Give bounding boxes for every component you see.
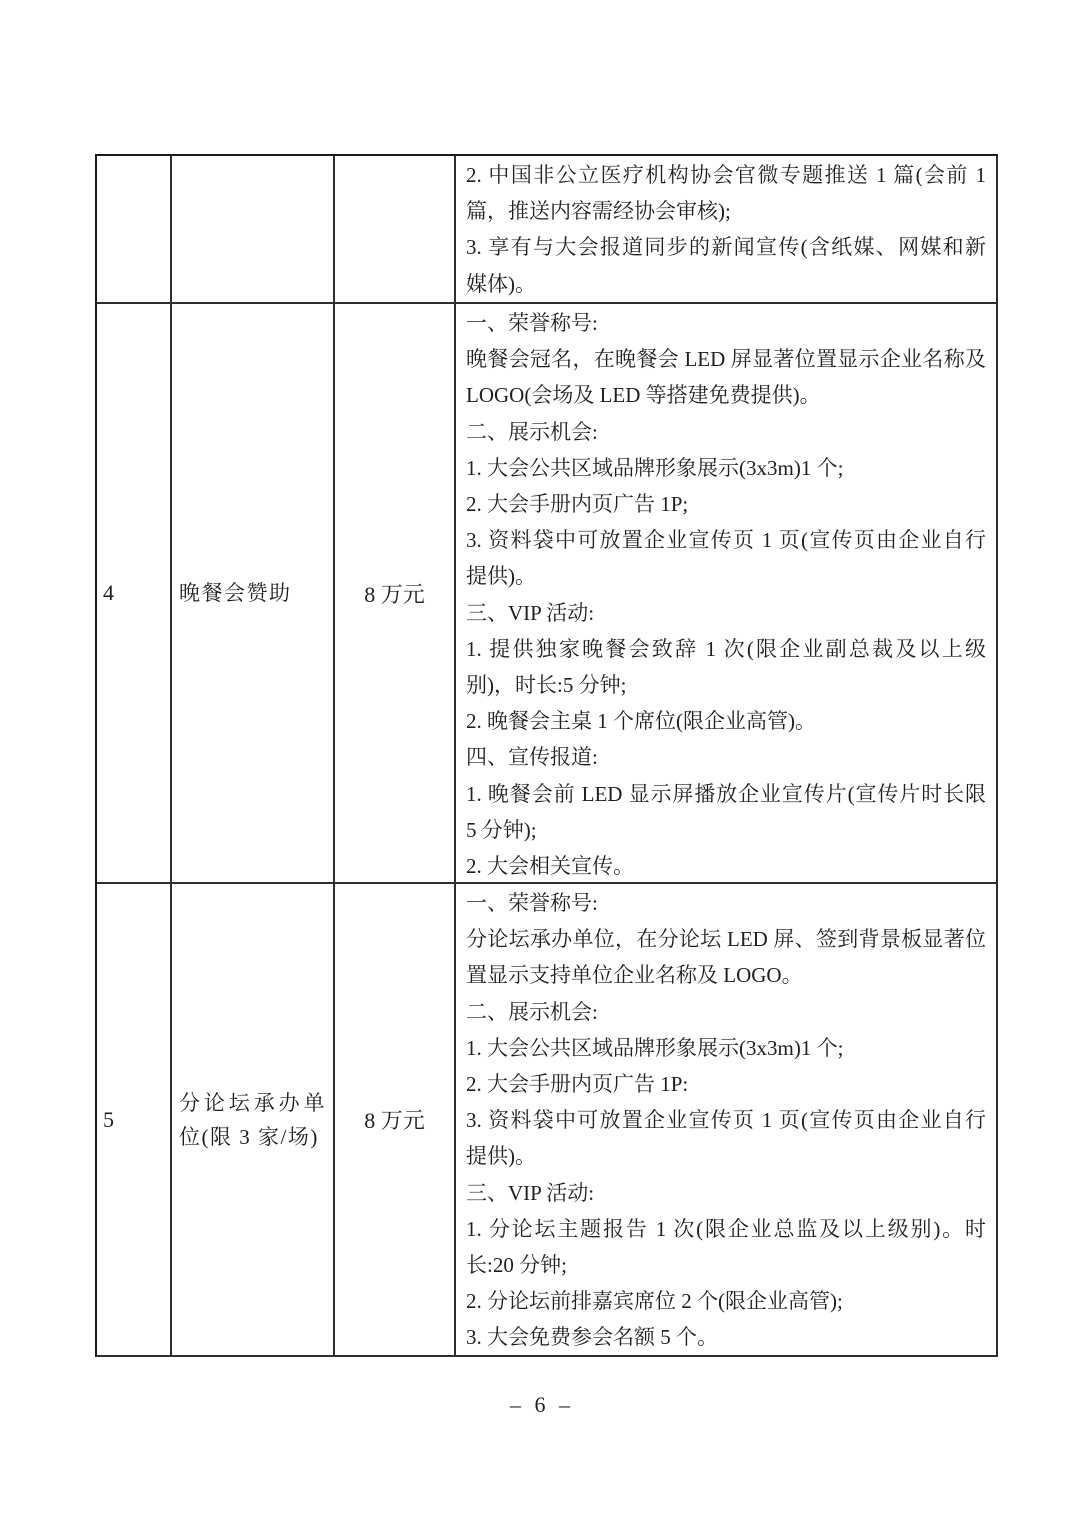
detail-line: 三、VIP 活动: (466, 1175, 986, 1211)
detail-line: 5 分钟); (466, 812, 986, 848)
detail-line: 2. 大会手册内页广告 1P; (466, 486, 986, 522)
row-number-cell: 4 (97, 304, 172, 884)
detail-line: 3. 大会免费参会名额 5 个。 (466, 1319, 986, 1355)
detail-line: 一、荣誉称号: (466, 305, 986, 341)
row-number-cell: 5 (97, 884, 172, 1357)
detail-line: 二、展示机会: (466, 994, 986, 1030)
detail-line: 1. 提供独家晚餐会致辞 1 次(限企业副总裁及以上级 (466, 631, 986, 667)
row-price-cell: 8 万元 (335, 304, 456, 884)
sponsor-item-name: 晚餐会赞助 (172, 576, 333, 610)
detail-line: 1. 大会公共区域品牌形象展示(3x3m)1 个; (466, 450, 986, 486)
detail-line: 3. 资料袋中可放置企业宣传页 1 页(宣传页由企业自行 (466, 522, 986, 558)
row-price-cell (335, 156, 456, 304)
detail-line: 1. 大会公共区域品牌形象展示(3x3m)1 个; (466, 1030, 986, 1066)
detail-line: 提供)。 (466, 558, 986, 594)
detail-line: 提供)。 (466, 1138, 986, 1174)
detail-line: 一、荣誉称号: (466, 885, 986, 921)
detail-line: 媒体)。 (466, 266, 986, 302)
detail-line: 3. 享有与大会报道同步的新闻宣传(含纸媒、网媒和新 (466, 229, 986, 265)
detail-line: 1. 晚餐会前 LED 显示屏播放企业宣传片(宣传片时长限 (466, 776, 986, 812)
row-details-cell: 一、荣誉称号:晚餐会冠名，在晚餐会 LED 屏显著位置显示企业名称及LOGO(会… (456, 304, 998, 884)
detail-line: 置显示支持单位企业名称及 LOGO。 (466, 957, 986, 993)
detail-line: 三、VIP 活动: (466, 595, 986, 631)
document-page: 2. 中国非公立医疗机构协会官微专题推送 1 篇(会前 1篇，推送内容需经协会审… (0, 0, 1080, 1528)
page-number: – 6 – (0, 1392, 1080, 1418)
detail-line: 2. 晚餐会主桌 1 个席位(限企业高管)。 (466, 703, 986, 739)
row-number-cell (97, 156, 172, 304)
detail-line: 2. 中国非公立医疗机构协会官微专题推送 1 篇(会前 1 (466, 157, 986, 193)
sponsor-item-price: 8 万元 (335, 1104, 454, 1135)
detail-line: 3. 资料袋中可放置企业宣传页 1 页(宣传页由企业自行 (466, 1102, 986, 1138)
sponsorship-table: 2. 中国非公立医疗机构协会官微专题推送 1 篇(会前 1篇，推送内容需经协会审… (95, 154, 998, 1357)
detail-line: 长:20 分钟; (466, 1247, 986, 1283)
row-details-cell: 一、荣誉称号:分论坛承办单位，在分论坛 LED 屏、签到背景板显著位置显示支持单… (456, 884, 998, 1357)
detail-line: LOGO(会场及 LED 等搭建免费提供)。 (466, 377, 986, 413)
sponsor-item-price: 8 万元 (335, 578, 454, 609)
row-name-cell: 分论坛承办单位(限 3 家/场) (172, 884, 335, 1357)
detail-line: 2. 大会相关宣传。 (466, 848, 986, 884)
detail-line: 四、宣传报道: (466, 739, 986, 775)
row-name-cell (172, 156, 335, 304)
detail-line: 篇，推送内容需经协会审核); (466, 193, 986, 229)
detail-line: 1. 分论坛主题报告 1 次(限企业总监及以上级别)。时 (466, 1211, 986, 1247)
detail-line: 别)，时长:5 分钟; (466, 667, 986, 703)
sponsor-item-name: 分论坛承办单位(限 3 家/场) (172, 1086, 333, 1154)
row-name-cell: 晚餐会赞助 (172, 304, 335, 884)
detail-line: 2. 分论坛前排嘉宾席位 2 个(限企业高管); (466, 1283, 986, 1319)
detail-line: 二、展示机会: (466, 414, 986, 450)
detail-line: 2. 大会手册内页广告 1P: (466, 1066, 986, 1102)
row-price-cell: 8 万元 (335, 884, 456, 1357)
detail-line: 分论坛承办单位，在分论坛 LED 屏、签到背景板显著位 (466, 921, 986, 957)
row-details-cell: 2. 中国非公立医疗机构协会官微专题推送 1 篇(会前 1篇，推送内容需经协会审… (456, 156, 998, 304)
detail-line: 晚餐会冠名，在晚餐会 LED 屏显著位置显示企业名称及 (466, 341, 986, 377)
